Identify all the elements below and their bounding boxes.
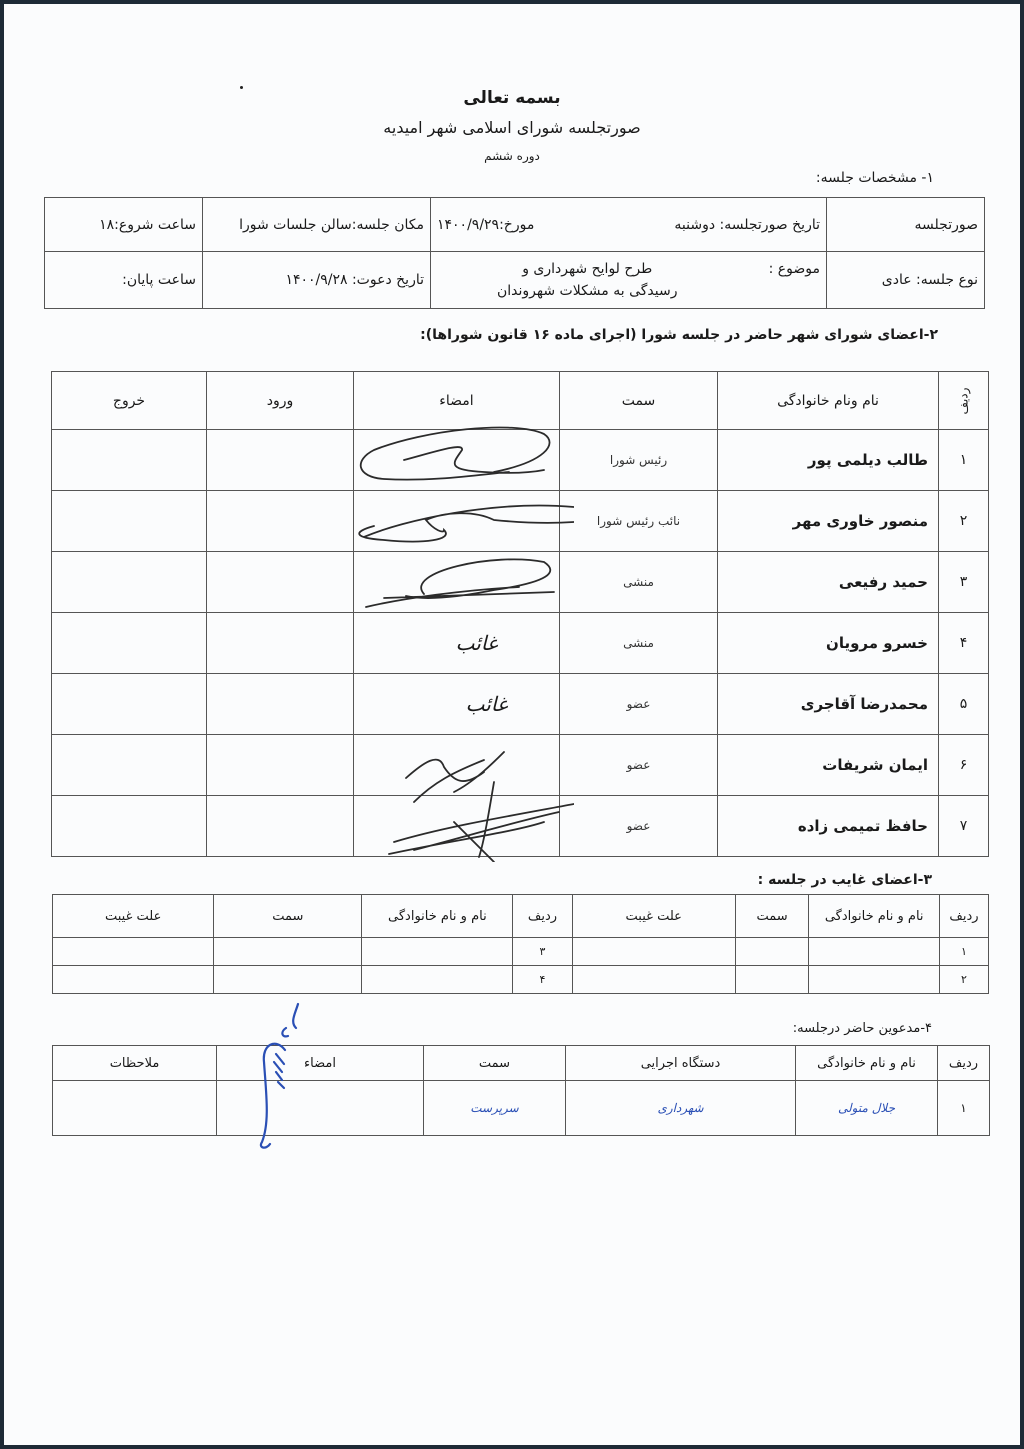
section1-title: ۱- مشخصات جلسه: [816, 170, 934, 186]
exit-cell [52, 430, 207, 491]
section2-title: ۲-اعضای شورای شهر حاضر در جلسه شورا (اجر… [420, 327, 938, 343]
row-number: ۱ [938, 1081, 990, 1136]
member-role: رئیس شورا [560, 430, 718, 491]
council-period: دوره ششم [4, 149, 1020, 163]
header-signature: امضاء [217, 1046, 424, 1081]
member-role: عضو [560, 796, 718, 857]
member-name: خسرو مرویان [718, 613, 939, 674]
header-signature: امضاء [354, 372, 560, 430]
start-time-cell: ساعت شروع:۱۸ [45, 198, 203, 252]
table-header-row: ردیف نام و نام خانوادگی دستگاه اجرایی سم… [53, 1046, 990, 1081]
header-exit: خروج [52, 372, 207, 430]
subject-line-1: طرح لوایح شهرداری و [522, 261, 652, 277]
member-role: نائب رئیس شورا [560, 491, 718, 552]
exit-cell [52, 674, 207, 735]
absent-handwritten: غائب [456, 631, 498, 655]
member-role: عضو [560, 674, 718, 735]
member-name: حمید رفیعی [718, 552, 939, 613]
absent-reason-cell [53, 966, 214, 994]
row-number: ۱ [940, 938, 989, 966]
signature-cell [217, 1081, 424, 1136]
entry-cell [207, 613, 354, 674]
row-number: ۴ [939, 613, 989, 674]
row-number: ۵ [939, 674, 989, 735]
signature-cell: غائب [354, 613, 560, 674]
header-name: نام و نام خانوادگی [796, 1046, 938, 1081]
subject-label: موضوع : [769, 261, 820, 277]
header-entry: ورود [207, 372, 354, 430]
row-number: ۳ [513, 938, 572, 966]
bismillah-heading: بسمه تعالی [4, 88, 1020, 108]
subject-line-2: رسیدگی به مشکلات شهروندان [497, 283, 678, 299]
member-name: ایمان شریفات [718, 735, 939, 796]
subject-cell: موضوع : طرح لوایح شهرداری و رسیدگی به مش… [431, 252, 827, 309]
table-row: ۷ حافظ تمیمی زاده عضو [52, 796, 989, 857]
header-name: نام و نام خانوادگی [809, 895, 940, 938]
exit-cell [52, 735, 207, 796]
exit-cell [52, 552, 207, 613]
document-page: بسمه تعالی صورتجلسه شورای اسلامی شهر امی… [4, 4, 1020, 1445]
section3-title: ۳-اعضای غایب در جلسه : [758, 872, 932, 888]
header-reason: علت غیبت [53, 895, 214, 938]
absent-reason-cell [572, 966, 735, 994]
signature-cell [354, 796, 560, 857]
invite-date-cell: تاریخ دعوت: ۱۴۰۰/۹/۲۸ [203, 252, 431, 309]
document-title: صورتجلسه شورای اسلامی شهر امیدیه [4, 118, 1020, 137]
invitee-name: جلال متولی [796, 1081, 938, 1136]
entry-cell [207, 491, 354, 552]
header-row-no: ردیف [938, 1046, 990, 1081]
signature-cell: غائب [354, 674, 560, 735]
invitee-role: سرپرست [424, 1081, 566, 1136]
minutes-label: صورتجلسه [827, 198, 985, 252]
exit-cell [52, 613, 207, 674]
header-notes: ملاحظات [53, 1046, 217, 1081]
row-number: ۴ [513, 966, 572, 994]
signature-cell [354, 430, 560, 491]
section4-title: ۴-مدعوین حاضر درجلسه: [793, 1021, 932, 1036]
signature-cell [354, 552, 560, 613]
row-number: ۱ [939, 430, 989, 491]
header-role: سمت [424, 1046, 566, 1081]
entry-cell [207, 796, 354, 857]
table-row: ۱ ۳ [53, 938, 989, 966]
member-role: منشی [560, 552, 718, 613]
signature-cell [354, 491, 560, 552]
header-role: سمت [735, 895, 808, 938]
absent-reason-cell [53, 938, 214, 966]
table-header-row: ردیف نام ونام خانوادگی سمت امضاء ورود خر… [52, 372, 989, 430]
header-row-no: ردیف [940, 895, 989, 938]
minutes-date-label: تاریخ صورتجلسه: دوشنبه [674, 217, 820, 233]
absent-name-cell [809, 938, 940, 966]
location-cell: مکان جلسه:سالن جلسات شورا [203, 198, 431, 252]
header-name: نام ونام خانوادگی [718, 372, 939, 430]
invitee-agency: شهرداری [566, 1081, 796, 1136]
end-time-cell: ساعت پایان: [45, 252, 203, 309]
present-members-table: ردیف نام ونام خانوادگی سمت امضاء ورود خر… [51, 371, 989, 857]
header-agency: دستگاه اجرایی [566, 1046, 796, 1081]
table-row: ۳ حمید رفیعی منشی [52, 552, 989, 613]
absent-name-cell [809, 966, 940, 994]
table-row: ۴ خسرو مرویان منشی غائب [52, 613, 989, 674]
header-role: سمت [214, 895, 362, 938]
row-number: ۶ [939, 735, 989, 796]
absent-role-cell [214, 938, 362, 966]
table-row: ۱ طالب دیلمی پور رئیس شورا [52, 430, 989, 491]
session-details-row: صورتجلسه تاریخ صورتجلسه: دوشنبه مورخ:۱۴۰… [45, 198, 985, 252]
entry-cell [207, 430, 354, 491]
member-role: منشی [560, 613, 718, 674]
exit-cell [52, 491, 207, 552]
entry-cell [207, 552, 354, 613]
session-details-table: صورتجلسه تاریخ صورتجلسه: دوشنبه مورخ:۱۴۰… [44, 197, 985, 309]
absent-reason-cell [572, 938, 735, 966]
absent-role-cell [214, 966, 362, 994]
member-role: عضو [560, 735, 718, 796]
member-name: طالب دیلمی پور [718, 430, 939, 491]
absent-role-cell [735, 938, 808, 966]
notes-cell [53, 1081, 217, 1136]
header-row-no: ردیف [513, 895, 572, 938]
absent-role-cell [735, 966, 808, 994]
row-number: ۳ [939, 552, 989, 613]
absent-handwritten: غائب [466, 692, 508, 716]
entry-cell [207, 735, 354, 796]
header-row-no: ردیف [939, 372, 989, 430]
exit-cell [52, 796, 207, 857]
invitees-table: ردیف نام و نام خانوادگی دستگاه اجرایی سم… [52, 1045, 990, 1136]
row-number: ۷ [939, 796, 989, 857]
table-row: ۶ ایمان شریفات عضو [52, 735, 989, 796]
absent-members-table: ردیف نام و نام خانوادگی سمت علت غیبت ردی… [52, 894, 989, 994]
member-name: منصور خاوری مهر [718, 491, 939, 552]
member-name: حافظ تمیمی زاده [718, 796, 939, 857]
header-role: سمت [560, 372, 718, 430]
header-name: نام و نام خانوادگی [362, 895, 513, 938]
table-row: ۲ منصور خاوری مهر نائب رئیس شورا [52, 491, 989, 552]
signature-cell [354, 735, 560, 796]
session-type-cell: نوع جلسه: عادی [827, 252, 985, 309]
minutes-dated: مورخ:۱۴۰۰/۹/۲۹ [437, 217, 534, 233]
absent-name-cell [362, 966, 513, 994]
row-number: ۲ [939, 491, 989, 552]
row-number: ۲ [940, 966, 989, 994]
header-reason: علت غیبت [572, 895, 735, 938]
member-name: محمدرضا آقاجری [718, 674, 939, 735]
table-header-row: ردیف نام و نام خانوادگی سمت علت غیبت ردی… [53, 895, 989, 938]
entry-cell [207, 674, 354, 735]
absent-name-cell [362, 938, 513, 966]
table-row: ۱ جلال متولی شهرداری سرپرست [53, 1081, 990, 1136]
minutes-date-cell: تاریخ صورتجلسه: دوشنبه مورخ:۱۴۰۰/۹/۲۹ [431, 198, 827, 252]
session-details-row: نوع جلسه: عادی موضوع : طرح لوایح شهرداری… [45, 252, 985, 309]
table-row: ۲ ۴ [53, 966, 989, 994]
table-row: ۵ محمدرضا آقاجری عضو غائب [52, 674, 989, 735]
